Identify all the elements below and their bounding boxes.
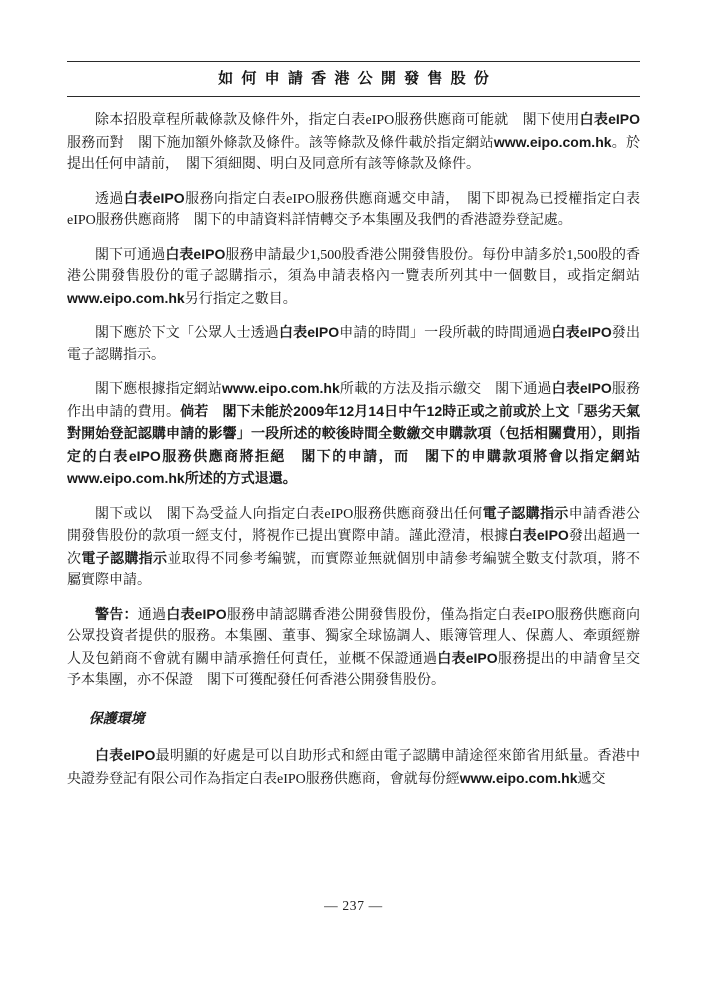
header-rule-bottom xyxy=(67,96,640,97)
body-text: 除本招股章程所載條款及條件外，指定白表eIPO服務供應商可能就 閣下使用 xyxy=(95,113,580,128)
url-text: www.eipo.com.hk xyxy=(222,380,340,396)
paragraph: 閣下或以 閣下為受益人向指定白表eIPO服務供應商發出任何電子認購指示申請香港公… xyxy=(67,503,640,592)
body-text: 申請的時間」一段所載的時間通過 xyxy=(339,326,551,341)
emphasis-text: 白表eIPO xyxy=(508,527,568,543)
page-header: 如何申請香港公開發售股份 xyxy=(67,61,640,97)
url-text: www.eipo.com.hk xyxy=(460,770,578,786)
body-text: 另行指定之數目。 xyxy=(185,292,297,307)
document-page: 如何申請香港公開發售股份 除本招股章程所載條款及條件外，指定白表eIPO服務供應… xyxy=(0,0,707,1000)
paragraph: 警告：通過白表eIPO服務申請認購香港公開發售股份，僅為指定白表eIPO服務供應… xyxy=(67,604,640,692)
emphasis-text: 白表eIPO xyxy=(437,650,497,666)
emphasis-text: 電子認購指示 xyxy=(483,505,569,521)
page-title: 如何申請香港公開發售股份 xyxy=(67,62,640,96)
emphasis-text: 白表eIPO xyxy=(552,324,612,340)
body-text: 遞交 xyxy=(578,772,606,787)
url-text: www.eipo.com.hk xyxy=(67,290,185,306)
body-text: 通過 xyxy=(138,608,166,623)
paragraph: 透過白表eIPO服務向指定白表eIPO服務供應商遞交申請， 閣下即視為已授權指定… xyxy=(67,188,640,232)
document-body: 除本招股章程所載條款及條件外，指定白表eIPO服務供應商可能就 閣下使用白表eI… xyxy=(67,109,640,802)
body-text: 閣下應根據指定網站 xyxy=(95,382,222,397)
section-heading-environment: 保護環境 xyxy=(67,709,640,731)
paragraph: 閣下應於下文「公眾人士透過白表eIPO申請的時間」一段所載的時間通過白表eIPO… xyxy=(67,322,640,366)
body-text: 閣下可通過 xyxy=(95,248,165,263)
emphasis-text: 電子認購指示 xyxy=(81,550,167,566)
body-text: 閣下或以 閣下為受益人向指定白表eIPO服務供應商發出任何 xyxy=(95,507,483,522)
body-text: 閣下應於下文「公眾人士透過 xyxy=(95,326,279,341)
emphasis-text: 白表eIPO xyxy=(166,606,226,622)
paragraph: 除本招股章程所載條款及條件外，指定白表eIPO服務供應商可能就 閣下使用白表eI… xyxy=(67,109,640,176)
body-text: 所載的方法及指示繳交 閣下通過 xyxy=(340,382,552,397)
paragraph: 白表eIPO最明顯的好處是可以自助形式和經由電子認購申請途徑來節省用紙量。香港中… xyxy=(67,745,640,790)
emphasis-text: 白表eIPO xyxy=(124,190,185,206)
emphasis-text: 白表eIPO xyxy=(279,324,339,340)
emphasis-text: 白表eIPO xyxy=(165,246,225,262)
body-text: 服務而對 閣下施加額外條款及條件。該等條款及條件載於指定網站 xyxy=(67,136,494,151)
emphasis-text: 白表eIPO xyxy=(580,111,640,127)
paragraph: 閣下可通過白表eIPO服務申請最少1,500股香港公開發售股份。每份申請多於1,… xyxy=(67,244,640,311)
url-text: www.eipo.com.hk xyxy=(494,134,612,150)
emphasis-text: 白表eIPO xyxy=(552,380,612,396)
page-number: — 237 — xyxy=(0,898,707,914)
paragraph: 閣下應根據指定網站www.eipo.com.hk所載的方法及指示繳交 閣下通過白… xyxy=(67,378,640,491)
emphasis-text: 白表eIPO xyxy=(95,747,155,763)
emphasis-text: 所述的方式退還。 xyxy=(185,470,297,486)
url-text: www.eipo.com.hk xyxy=(67,470,185,486)
emphasis-text: 警告： xyxy=(95,606,138,622)
body-text: 透過 xyxy=(95,192,124,207)
